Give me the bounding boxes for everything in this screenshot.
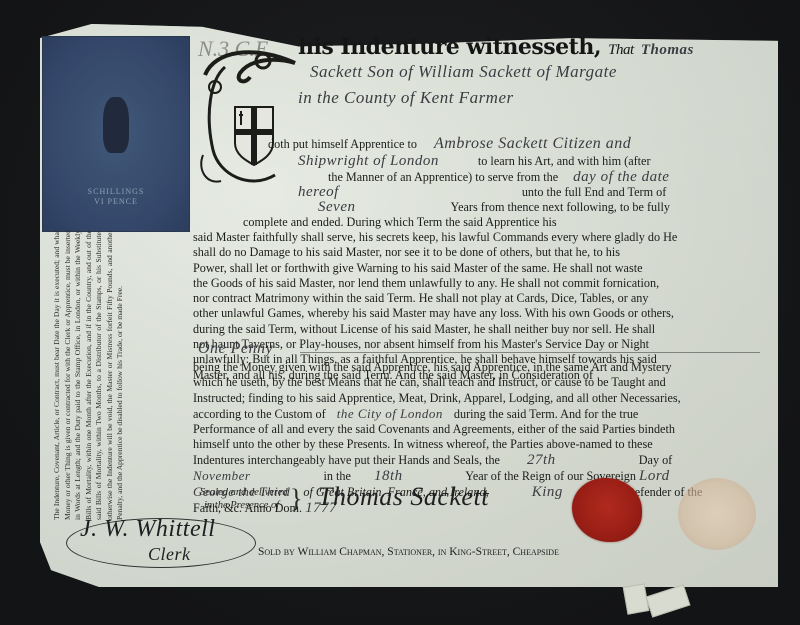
paper-tag [623,583,650,614]
crown-emblem-icon [103,97,129,153]
apprentice-signature: Thomas Sackett [318,482,489,512]
term-start: day of the date [573,169,669,185]
apprentice-parentage: Sackett Son of William Sackett of Margat… [310,62,617,82]
body-line-2: Shipwright of London to learn his Art, a… [298,154,651,169]
paper-tag-fragment [646,584,691,617]
master-name: Ambrose Sackett Citizen and [434,135,631,152]
clerk-signature: J. W. Whittell [80,516,215,543]
term-length: Seven [318,199,355,215]
red-wax-seal [572,478,642,542]
day-of-month: 27th [527,452,556,468]
clerk-title: Clerk [148,544,191,565]
custom-place: the City of London [337,406,443,421]
body-line-1: doth put himself Apprentice to Ambrose S… [268,136,631,152]
indenture-heading: his Indenture witnesseth, That Thomas [298,34,694,60]
stationer-imprint: Sold by William Chapman, Stationer, in K… [258,546,559,558]
revenue-stamp: SCHILLINGS VI PENCE [42,36,190,232]
witness-brace: } [290,484,302,514]
decorated-capital-t-icon [195,45,303,195]
stamp-text: SCHILLINGS VI PENCE [43,187,189,207]
premium-amount: One Penny [198,340,273,358]
faded-seal-mark [678,478,756,550]
month: November [193,468,250,483]
apprentice-county: in the County of Kent Farmer [298,88,514,108]
fill-in-rule [300,352,760,353]
margin-stamp-duty-notice: The Indenture, Covenant, Article, or Con… [52,230,152,520]
body-line-3: the Manner of an Apprentice) to serve fr… [328,170,669,185]
master-trade: Shipwright of London [298,153,439,169]
witness-label: Sealed and delivered in the Presence of [200,486,288,512]
body-line-4: hereof unto the full End and Term of [298,185,666,200]
body-line-5: Seven Years from thence next following, … [318,200,670,215]
body-line-6: complete and ended. During which Term th… [243,215,557,230]
